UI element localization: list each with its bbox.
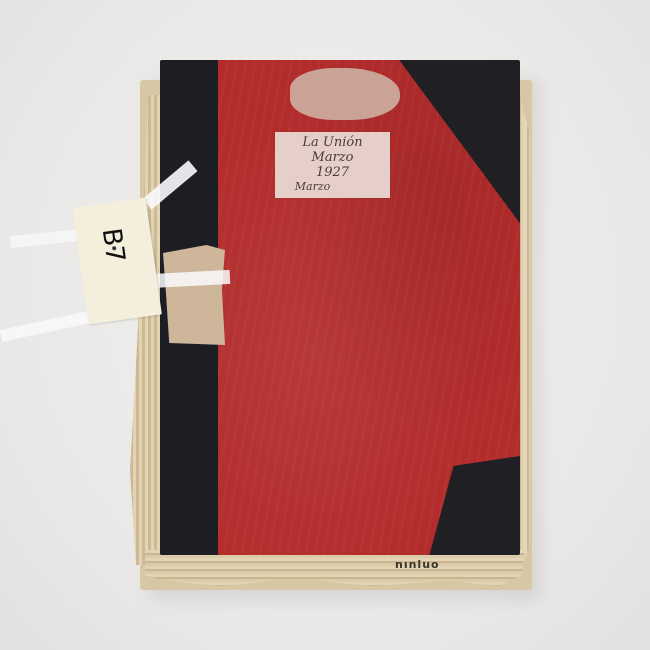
label-line-1: La Unión — [275, 136, 390, 150]
page-edges-bottom — [145, 550, 525, 586]
tag-text: B7 — [96, 226, 130, 264]
tape-strip — [0, 310, 95, 341]
label-line-4: Marzo — [255, 180, 370, 194]
page-edge-print: nınluo — [395, 558, 440, 571]
spine-tape-patch — [163, 245, 225, 345]
label-line-3: 1927 — [275, 166, 390, 180]
label-line-2: Marzo — [275, 151, 390, 165]
cover-label: La Unión Marzo 1927 Marzo — [275, 132, 390, 198]
photo-scene: nınluo D La Unión Marzo 1927 Marzo B7 — [0, 0, 650, 650]
worn-patch — [290, 68, 400, 120]
